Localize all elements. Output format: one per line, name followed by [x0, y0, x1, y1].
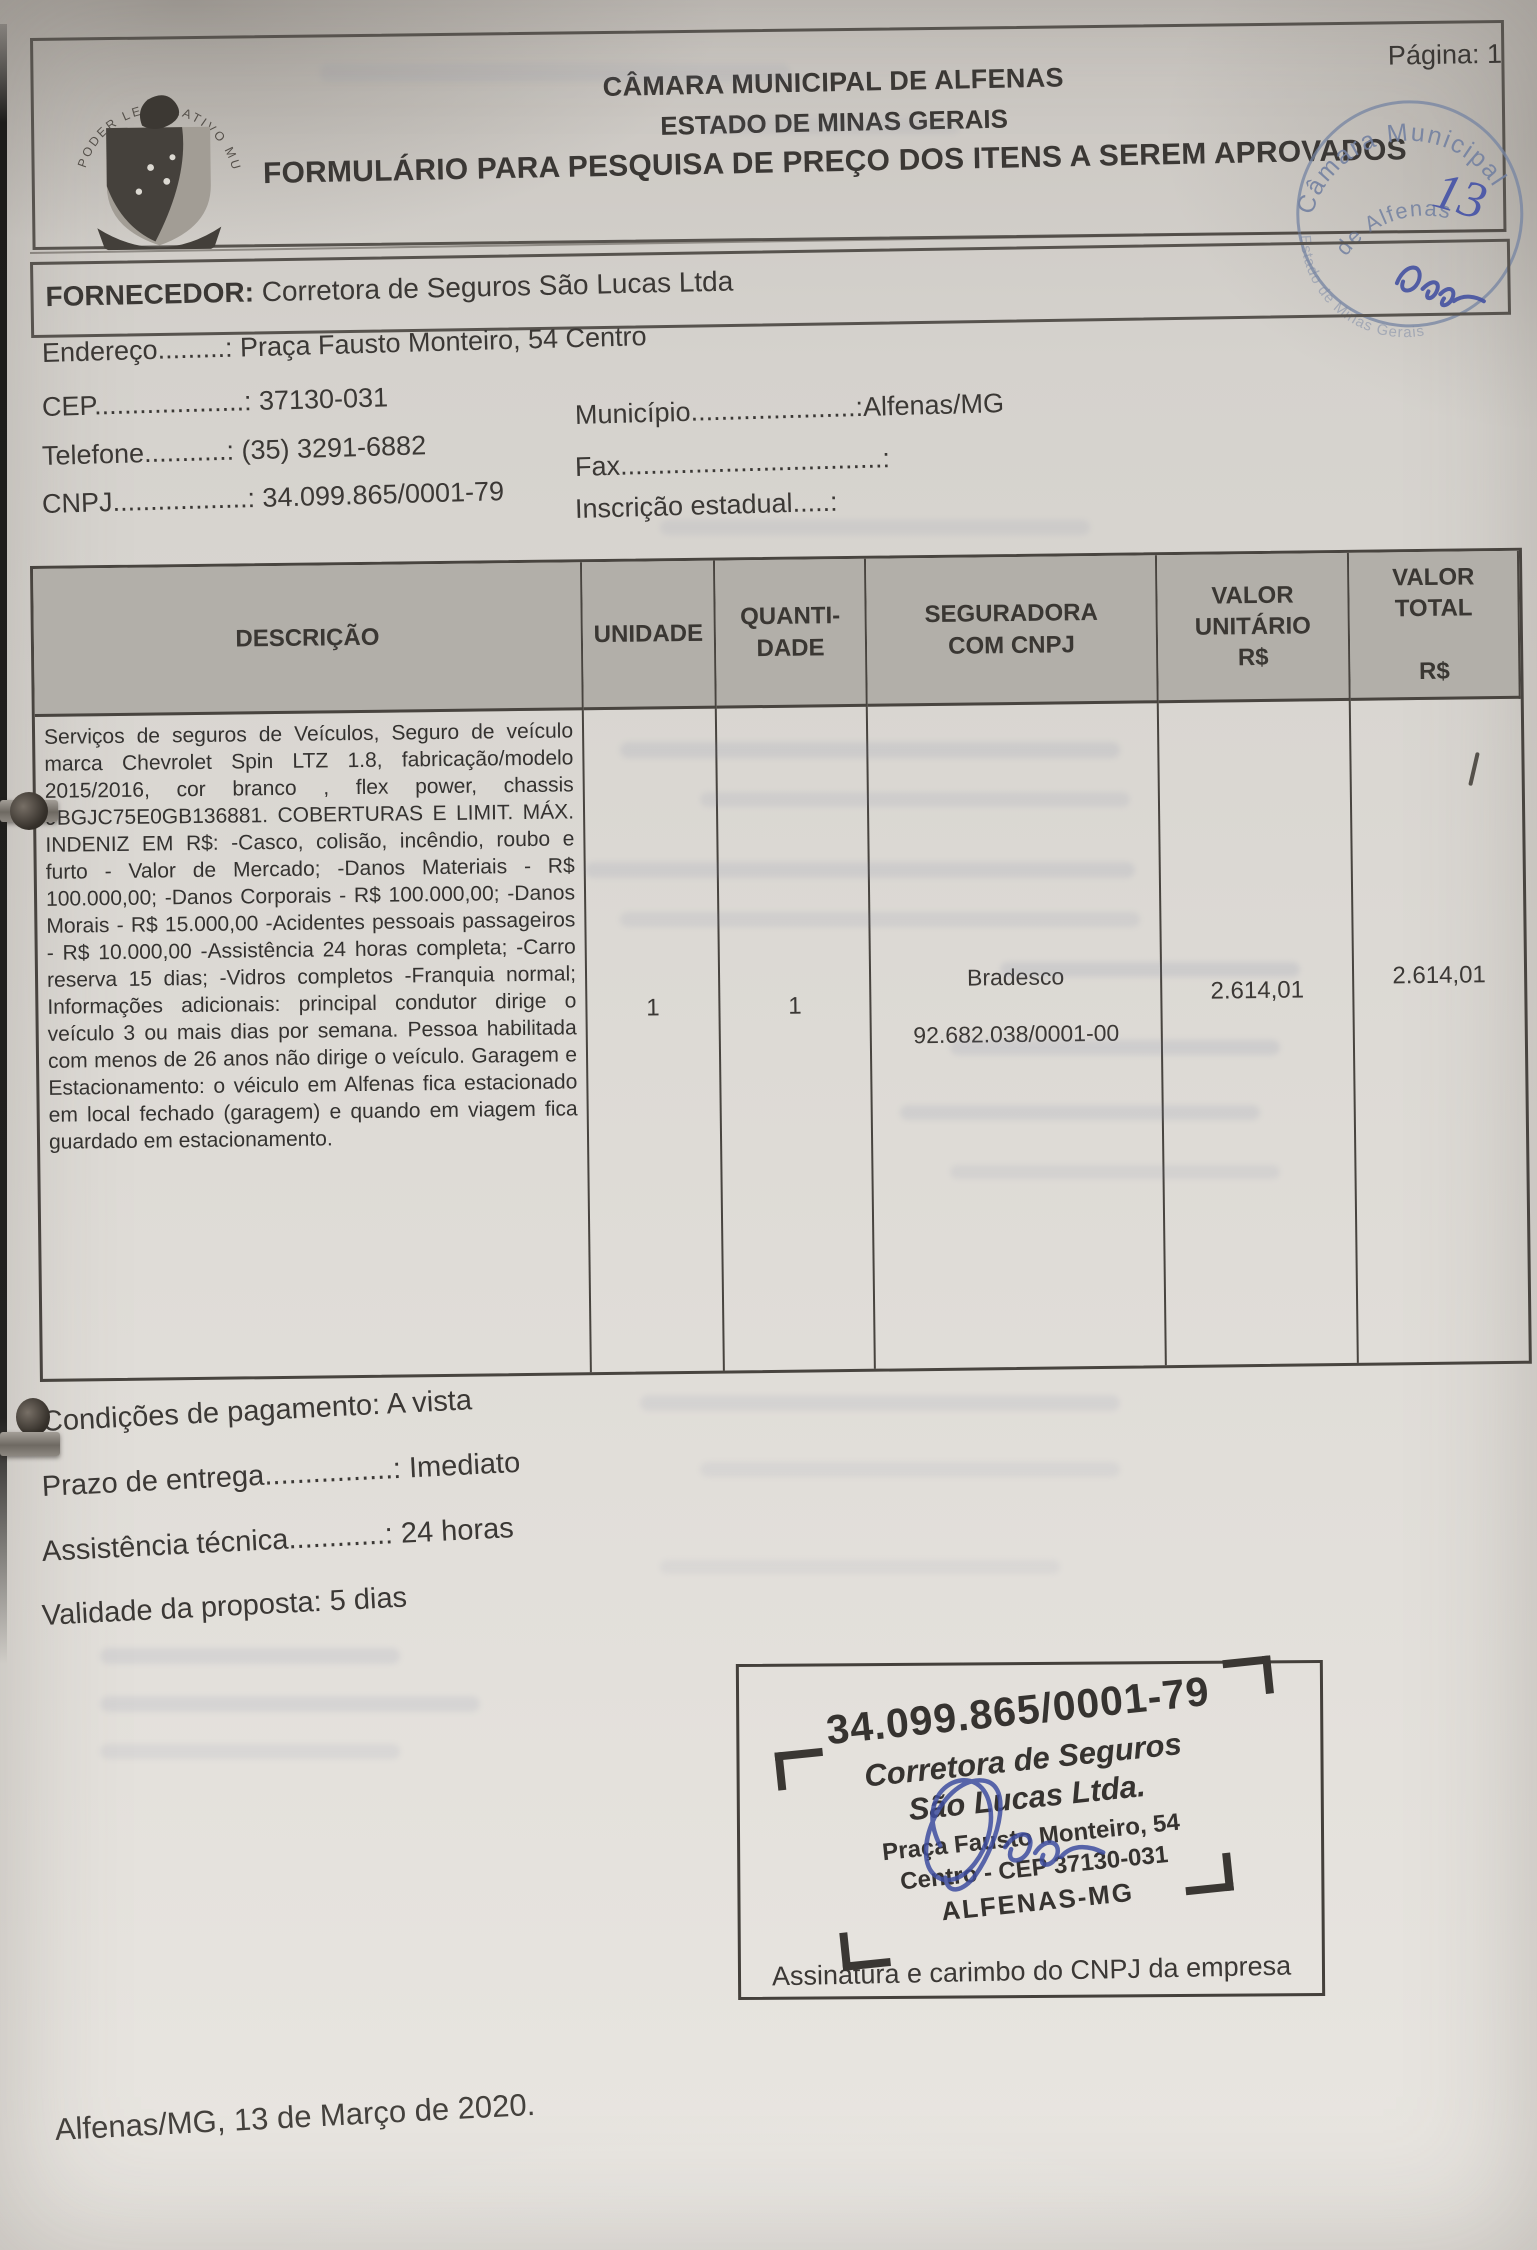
fornecedor-label: FORNECEDOR: — [45, 276, 254, 312]
bleedthrough-artifact — [640, 1395, 1120, 1411]
field-municipio: Município......................:Alfenas/… — [575, 388, 1005, 431]
bleedthrough-artifact — [700, 1462, 1120, 1477]
date-line: Alfenas/MG, 13 de Março de 2020. — [54, 2087, 536, 2148]
fornecedor-value: Corretora de Seguros São Lucas Ltda — [254, 266, 734, 308]
field-telefone: Telefone...........: (35) 3291-6882 — [42, 430, 427, 472]
col-header-seguradora: SEGURADORA COM CNPJ — [866, 555, 1159, 707]
validade-proposta: Validade da proposta: 5 dias — [41, 1582, 408, 1633]
col-header-quantidade: QUANTI- DADE — [715, 559, 868, 709]
pen-signature-scribble — [819, 1724, 1161, 1946]
cell-seguradora: Bradesco 92.682.038/0001-00 — [868, 703, 1167, 1369]
cell-valor-total: 2.614,01 — [1392, 961, 1486, 990]
paper-fastener-prong — [0, 1432, 60, 1456]
col-header-descricao: DESCRIÇÃO — [33, 562, 584, 717]
condicoes-pagamento: Condições de pagamento: A vista — [41, 1384, 473, 1439]
stamp-corner-bracket — [774, 1748, 826, 1791]
col-header-unidade: UNIDADE — [582, 561, 717, 711]
bleedthrough-artifact — [100, 1744, 400, 1759]
paper-fastener-head — [10, 792, 48, 830]
scan-edge-shadow — [0, 24, 7, 1664]
stamp-corner-bracket — [1182, 1852, 1234, 1895]
seguradora-nome: Bradesco — [967, 963, 1064, 991]
cell-quantidade: 1 — [788, 993, 802, 1021]
scanned-document-page: PODER LEGISLATIVO MUNICIPAL CÂMARA MUNIC… — [0, 0, 1537, 2250]
stamp-corner-bracket — [1222, 1655, 1274, 1698]
prazo-entrega: Prazo de entrega................: Imedia… — [41, 1447, 521, 1504]
bleedthrough-artifact — [100, 1696, 480, 1712]
field-inscricao-estadual: Inscrição estadual.....: — [575, 487, 838, 525]
signature-stamp-box: 34.099.865/0001-79 Corretora de Seguros … — [736, 1660, 1325, 2000]
bleedthrough-artifact — [100, 1648, 400, 1664]
cell-unidade: 1 — [646, 994, 660, 1022]
paper-fastener-head — [16, 1398, 50, 1436]
bleedthrough-artifact — [660, 520, 1090, 535]
seguradora-cnpj: 92.682.038/0001-00 — [913, 1020, 1119, 1050]
page-number: Página: 1 — [1352, 39, 1503, 73]
field-cnpj: CNPJ..................: 34.099.865/0001-… — [42, 476, 505, 520]
cell-descricao: Serviços de seguros de Veículos, Seguro … — [35, 710, 592, 1379]
price-quote-table: DESCRIÇÃO UNIDADE QUANTI- DADE SEGURADOR… — [30, 548, 1532, 1382]
field-cep: CEP....................: 37130-031 — [42, 382, 389, 423]
col-header-valor-unitario: VALOR UNITÁRIO R$ — [1157, 553, 1351, 703]
col-header-valor-total: VALOR TOTAL R$ — [1349, 551, 1521, 701]
assistencia-tecnica: Assistência técnica............: 24 hora… — [41, 1512, 514, 1569]
bleedthrough-artifact — [660, 1560, 1060, 1574]
field-fax: Fax...................................: — [575, 443, 891, 483]
cell-valor-unitario: 2.614,01 — [1210, 976, 1304, 1005]
